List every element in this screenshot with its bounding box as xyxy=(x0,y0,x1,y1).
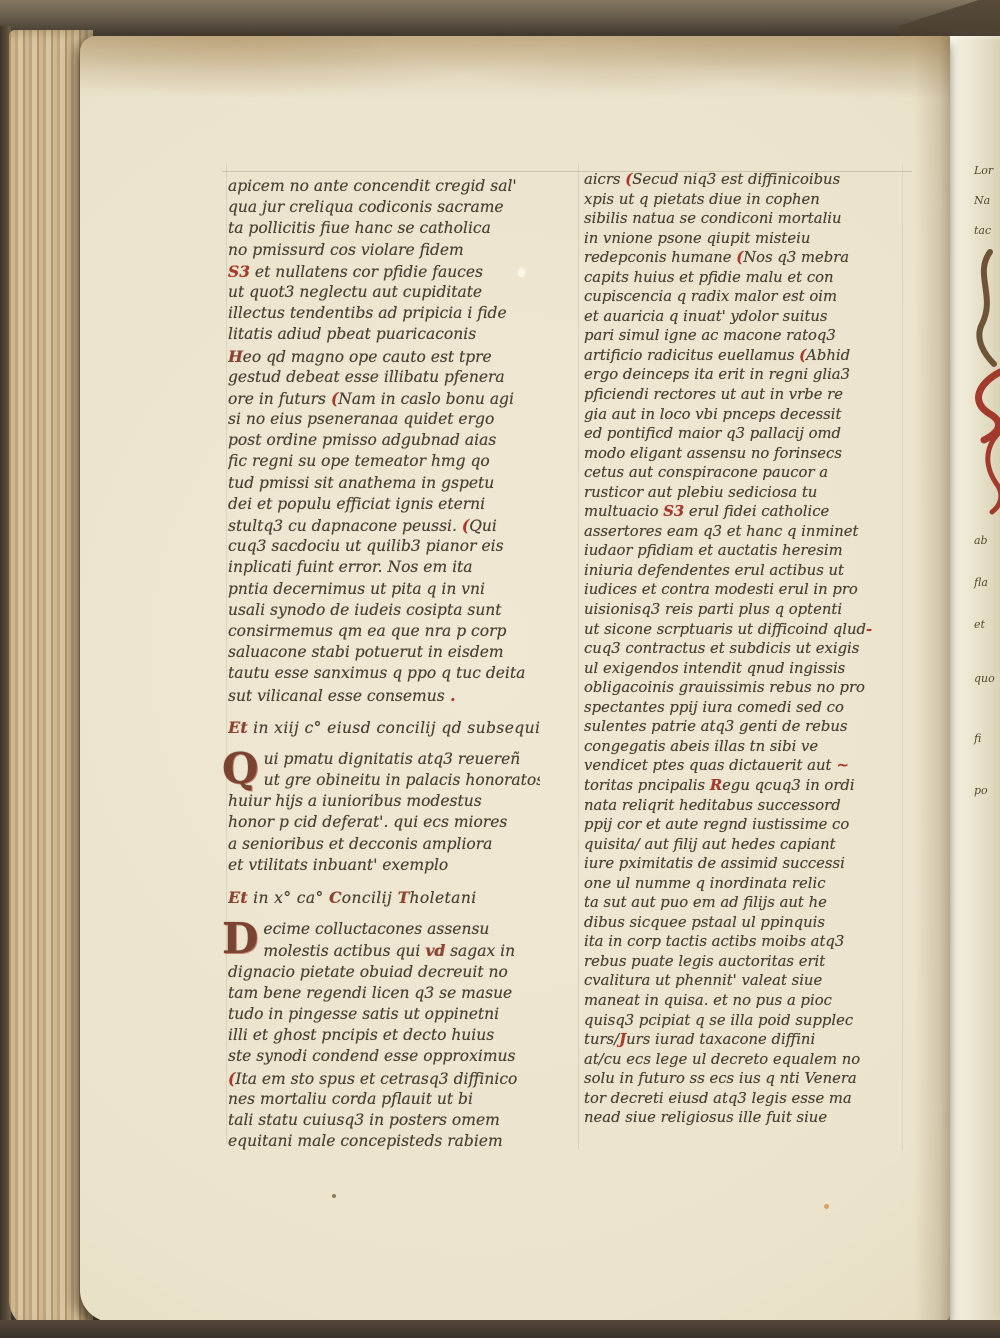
manuscript-line: saluacone stabi potuerut in eisdem xyxy=(228,642,540,663)
text-segment: equitani male concepisteds rabiem xyxy=(228,1132,503,1150)
manuscript-line: cvalitura ut phennit' valeat siue xyxy=(584,971,902,991)
text-segment: in x° ca° xyxy=(248,889,329,907)
manuscript-line: pari simul igne ac macone ratoq3 xyxy=(584,326,902,346)
manuscript-line: gia aut in loco vbi pnceps decessit xyxy=(584,405,902,425)
text-segment: illectus tendentibs ad pripicia i fide xyxy=(228,304,507,322)
text-segment: congegatis abeis illas tn sibi ve xyxy=(584,738,818,755)
manuscript-line: apicem no ante concendit cregid sal' xyxy=(228,176,540,197)
manuscript-line: uisionisq3 reis parti plus q optenti xyxy=(584,600,902,620)
text-segment: stultq3 cu dapnacone peussi. xyxy=(228,517,462,535)
manuscript-line: capits huius et pfidie malu et con xyxy=(584,268,902,288)
text-segment: pari simul igne ac macone ratoq3 xyxy=(584,327,836,344)
text-segment: nes mortaliu corda pflauit ut bi xyxy=(228,1090,473,1108)
manuscript-line: huiur hijs a iunioribus modestus xyxy=(228,791,540,812)
manuscript-line: tautu esse sanximus q ppo q tuc deita xyxy=(228,663,540,684)
text-segment: litatis adiud pbeat puaricaconis xyxy=(228,325,476,343)
red-touched-letter: C xyxy=(329,888,342,907)
rubric-mark: - xyxy=(866,621,872,638)
text-segment: pficiendi rectores ut aut in vrbe re xyxy=(584,386,843,403)
text-segment: cuq3 contractus et subdicis ut exigis xyxy=(584,640,859,657)
manuscript-line: aicrs (Secud niq3 est diffinicoibus xyxy=(584,170,902,190)
text-segment: Nos q3 mebra xyxy=(743,249,849,266)
manuscript-line: qua jur creliqua codiconis sacrame xyxy=(228,197,540,218)
manuscript-line: in vnione psone qiupit misteiu xyxy=(584,229,902,249)
text-segment: ore in futurs xyxy=(228,390,331,408)
manuscript-line: congegatis abeis illas tn sibi ve xyxy=(584,737,902,757)
text-segment: spectantes ppij iura comedi sed co xyxy=(584,699,844,716)
text-segment: cetus aut conspiracone paucor a xyxy=(584,464,828,481)
manuscript-line: ut sicone scrptuaris ut difficoind qlud- xyxy=(584,620,902,640)
text-segment: maneat in quisa. et no pus a pioc xyxy=(584,992,832,1009)
manuscript-line: spectantes ppij iura comedi sed co xyxy=(584,698,902,718)
text-segment: solu in futuro ss ecs ius q nti Venera xyxy=(584,1070,857,1087)
text-segment: vendicet ptes quas dictauerit aut xyxy=(584,757,831,774)
text-segment: urs iurad taxacone diffini xyxy=(626,1031,815,1048)
manuscript-line: vendicet ptes quas dictauerit aut ~ xyxy=(584,756,902,776)
red-touched-letter: T xyxy=(398,888,410,907)
decorated-initial-flourish xyxy=(960,244,1000,544)
manuscript-line: stultq3 cu dapnacone peussi. (Qui xyxy=(228,515,540,536)
manuscript-line: sibilis natua se condiconi mortaliu xyxy=(584,209,902,229)
text-segment: Secud niq3 est diffinicoibus xyxy=(632,171,840,188)
text-block: apicem no ante concendit cregid sal'qua … xyxy=(228,176,540,706)
text-segment: huiur hijs a iunioribus modestus xyxy=(228,792,482,810)
text-segment: capits huius et pfidie malu et con xyxy=(584,269,834,286)
manuscript-line: ut gre obineitu in palacis honoratos xyxy=(264,770,540,791)
text-segment: sut vilicanal esse consemus xyxy=(228,687,445,705)
manuscript-line: inplicati fuint error. Nos em ita xyxy=(228,557,540,578)
manuscript-line: nead siue religiosus ille fuit siue xyxy=(584,1108,902,1128)
text-segment: ta pollicitis fiue hanc se catholica xyxy=(228,219,491,237)
ink-speck xyxy=(332,1194,336,1198)
text-segment: sibilis natua se condiconi mortaliu xyxy=(584,210,842,227)
text-segment: iniuria defendentes erul actibus ut xyxy=(584,562,844,579)
text-segment: Ita em sto spus et cetrasq3 diffinico xyxy=(235,1070,517,1088)
manuscript-line: ergo deinceps ita erit in regni glia3 xyxy=(584,365,902,385)
manuscript-line: xpis ut q pietats diue in cophen xyxy=(584,190,902,210)
manuscript-line: iudaor pfidiam et auctatis heresim xyxy=(584,541,902,561)
manuscript-line: quisq3 pcipiat q se illa poid supplec xyxy=(584,1011,902,1031)
manuscript-line: tali statu cuiusq3 in posters omem xyxy=(228,1110,540,1131)
facing-page-fore-edge: LorNatacabflaetquofipo xyxy=(948,36,1000,1324)
text-segment: holetani xyxy=(410,889,477,907)
text-segment: molestis actibus qui xyxy=(263,942,425,960)
manuscript-line: tud pmissi sit anathema in gspetu xyxy=(228,473,540,494)
text-segment: tautu esse sanximus q ppo q tuc deita xyxy=(228,664,525,682)
text-segment: nead siue religiosus ille fuit siue xyxy=(584,1109,827,1126)
text-segment: Nam in caslo bonu agi xyxy=(338,390,514,408)
text-segment: erul fidei catholice xyxy=(684,503,829,520)
text-segment: artificio radicitus euellamus xyxy=(584,347,799,364)
manuscript-line: nata reliqrit heditabus successord xyxy=(584,796,902,816)
text-segment: honor p cid deferat'. qui ecs miores xyxy=(228,813,507,831)
text-segment: ppij cor et aute regnd iustissime co xyxy=(584,816,849,833)
manuscript-line: tudo in pingesse satis ut oppinetni xyxy=(228,1004,540,1025)
manuscript-line: illi et ghost pncipis et decto huius xyxy=(228,1025,540,1046)
red-touched-letter: Et xyxy=(228,718,248,737)
text-segment: ta sut aut puo em ad filijs aut he xyxy=(584,894,827,911)
text-segment: ui pmatu dignitatis atq3 reuereñ xyxy=(264,750,521,768)
manuscript-line: dibus sicquee pstaal ul ppinquis xyxy=(584,913,902,933)
book-photograph: LorNatacabflaetquofipo apicem no ante co… xyxy=(0,0,1000,1338)
manuscript-line: et vtilitats inbuant' exemplo xyxy=(228,855,540,876)
manuscript-line: post ordine pmisso adgubnad aias xyxy=(228,430,540,451)
text-column-left: apicem no ante concendit cregid sal'qua … xyxy=(228,176,540,1152)
text-segment: a senioribus et decconis ampliora xyxy=(228,835,492,853)
manuscript-line: ed pontificd maior q3 pallacij omd xyxy=(584,424,902,444)
manuscript-line: gestud debeat esse illibatu pfenera xyxy=(228,367,540,388)
manuscript-line: tam bene regendi licen q3 se masue xyxy=(228,983,540,1004)
manuscript-line: tor decreti eiusd atq3 legis esse ma xyxy=(584,1089,902,1109)
facing-page-fragment: tac xyxy=(974,224,991,237)
manuscript-line: ppij cor et aute regnd iustissime co xyxy=(584,815,902,835)
text-segment: tor decreti eiusd atq3 legis esse ma xyxy=(584,1090,852,1107)
rubricated-initial: D xyxy=(222,919,263,959)
manuscript-line: solu in futuro ss ecs ius q nti Venera xyxy=(584,1069,902,1089)
manuscript-line: illectus tendentibs ad pripicia i fide xyxy=(228,303,540,324)
text-segment: tali statu cuiusq3 in posters omem xyxy=(228,1111,500,1129)
manuscript-line: dignacio pietate obuiad decreuit no xyxy=(228,962,540,983)
manuscript-line: S3 et nullatens cor pfidie fauces xyxy=(228,261,540,282)
manuscript-line: cuq3 contractus et subdicis ut exigis xyxy=(584,639,902,659)
manuscript-line: turs/Jurs iurad taxacone diffini xyxy=(584,1030,902,1050)
text-segment: cupiscencia q radix malor est oim xyxy=(584,288,837,305)
manuscript-line: pficiendi rectores ut aut in vrbe re xyxy=(584,385,902,405)
rubric-incipit-line: Et in xiij c° eiusd concilij qd subsequi… xyxy=(228,717,540,738)
facing-page-fragment: po xyxy=(974,784,988,797)
red-touched-letter: Et xyxy=(228,888,248,907)
text-block: Decime colluctacones assensumolestis act… xyxy=(228,919,540,1152)
frame-ruling-center xyxy=(578,164,579,1149)
facing-page-fragment: fla xyxy=(974,576,988,589)
text-segment: gestud debeat esse illibatu pfenera xyxy=(228,368,505,386)
text-segment: toritas pncipalis xyxy=(584,777,710,794)
text-segment: et auaricia q inuat' ydolor suitus xyxy=(584,308,828,325)
text-segment: rebus puate legis auctoritas erit xyxy=(584,953,825,970)
text-segment: turs/ xyxy=(584,1031,619,1048)
text-segment: no pmissurd cos violare fidem xyxy=(228,241,464,259)
manuscript-line: rebus puate legis auctoritas erit xyxy=(584,952,902,972)
manuscript-line: molestis actibus qui vd sagax in xyxy=(263,940,540,961)
text-segment: et nullatens cor pfidie fauces xyxy=(250,263,483,281)
text-segment: apicem no ante concendit cregid sal' xyxy=(228,177,517,195)
manuscript-line: rusticor aut plebiu sediciosa tu xyxy=(584,483,902,503)
rubric-mark: R xyxy=(710,777,722,794)
text-segment: rusticor aut plebiu sediciosa tu xyxy=(584,484,817,501)
manuscript-line: si no eius pseneranaa quidet ergo xyxy=(228,409,540,430)
manuscript-line: iure pximitatis de assimid successi xyxy=(584,854,902,874)
facing-page-fragment: quo xyxy=(974,672,995,685)
facing-page-fragment: fi xyxy=(974,732,981,745)
manuscript-line: litatis adiud pbeat puaricaconis xyxy=(228,324,540,345)
text-segment: et vtilitats inbuant' exemplo xyxy=(228,856,448,874)
text-segment: tam bene regendi licen q3 se masue xyxy=(228,984,512,1002)
frame-ruling-left xyxy=(226,164,227,1144)
text-segment: ecime colluctacones assensu xyxy=(263,920,489,938)
manuscript-line: et auaricia q inuat' ydolor suitus xyxy=(584,307,902,327)
manuscript-line: multuacio S3 erul fidei catholice xyxy=(584,502,902,522)
text-column-right: aicrs (Secud niq3 est diffinicoibusxpis … xyxy=(584,170,902,1128)
book-binding-bottom xyxy=(0,1320,1000,1338)
manuscript-line: no pmissurd cos violare fidem xyxy=(228,240,540,261)
manuscript-line: sulentes patrie atq3 genti de rebus xyxy=(584,717,902,737)
manuscript-line: one ul numme q inordinata relic xyxy=(584,874,902,894)
manuscript-line: ore in futurs (Nam in caslo bonu agi xyxy=(228,388,540,409)
water-stain xyxy=(80,36,950,114)
manuscript-line: honor p cid deferat'. qui ecs miores xyxy=(228,812,540,833)
manuscript-line: ul exigendos intendit qnud ingissis xyxy=(584,659,902,679)
text-segment: dignacio pietate obuiad decreuit no xyxy=(228,963,508,981)
text-segment: dibus sicquee pstaal ul ppinquis xyxy=(584,914,825,931)
text-segment: consirmemus qm ea que nra p corp xyxy=(228,622,506,640)
text-segment: ste synodi condend esse opproximus xyxy=(228,1047,515,1065)
manuscript-line: ta sut aut puo em ad filijs aut he xyxy=(584,893,902,913)
text-segment: cuq3 sacdociu ut quilib3 pianor eis xyxy=(228,537,504,555)
section-heading: Et in x° ca° Concilij Tholetani xyxy=(228,887,540,908)
manuscript-line: sut vilicanal esse consemus . xyxy=(228,685,540,706)
text-segment: pntia decernimus ut pita q in vni xyxy=(228,580,485,598)
manuscript-line: dei et populu efficiat ignis eterni xyxy=(228,494,540,515)
manuscript-line: equitani male concepisteds rabiem xyxy=(228,1131,540,1152)
manuscript-line: iniuria defendentes erul actibus ut xyxy=(584,561,902,581)
text-segment: modo eligant assensu no forinsecs xyxy=(584,445,842,462)
text-segment: fic regni su ope temeator hmg qo xyxy=(228,452,490,470)
text-segment: post ordine pmisso adgubnad aias xyxy=(228,431,496,449)
text-segment: illi et ghost pncipis et decto huius xyxy=(228,1026,494,1044)
manuscript-line: obligacoinis grauissimis rebus no pro xyxy=(584,678,902,698)
manuscript-line: maneat in quisa. et no pus a pioc xyxy=(584,991,902,1011)
text-segment: oncilij xyxy=(342,889,398,907)
manuscript-line: cetus aut conspiracone paucor a xyxy=(584,463,902,483)
stain-speck xyxy=(824,1204,829,1209)
text-segment: quisq3 pcipiat q se illa poid supplec xyxy=(584,1012,853,1029)
text-segment: sulentes patrie atq3 genti de rebus xyxy=(584,718,848,735)
manuscript-line: at/cu ecs lege ul decreto equalem no xyxy=(584,1050,902,1070)
text-segment: iudices et contra modesti erul in pro xyxy=(584,581,858,598)
text-segment: at/cu ecs lege ul decreto equalem no xyxy=(584,1051,860,1068)
text-segment: qua jur creliqua codiconis sacrame xyxy=(228,198,504,216)
manuscript-line: artificio radicitus euellamus (Abhid xyxy=(584,346,902,366)
frame-ruling-right xyxy=(902,164,903,1149)
text-segment: ut gre obineitu in palacis honoratos xyxy=(264,771,540,789)
text-segment: assertores eam q3 et hanc q inminet xyxy=(584,523,858,540)
text-segment: in xiij c° eiusd concilij qd subsequit xyxy=(248,719,540,737)
text-segment: ut quot3 neglectu aut cupiditate xyxy=(228,283,482,301)
text-segment: tud pmissi sit anathema in gspetu xyxy=(228,474,494,492)
manuscript-line: quisita/ aut filij aut hedes capiant xyxy=(584,835,902,855)
manuscript-line: iudices et contra modesti erul in pro xyxy=(584,580,902,600)
page-curl-shading xyxy=(914,36,950,1322)
text-segment: aicrs xyxy=(584,171,625,188)
facing-page-fragment: Na xyxy=(974,194,990,207)
manuscript-line: ta pollicitis fiue hanc se catholica xyxy=(228,218,540,239)
manuscript-line: redepconis humane (Nos q3 mebra xyxy=(584,248,902,268)
text-segment: ita in corp tactis actibs moibs atq3 xyxy=(584,933,844,950)
manuscript-line: ui pmatu dignitatis atq3 reuereñ xyxy=(264,749,540,770)
manuscript-line: ut quot3 neglectu aut cupiditate xyxy=(228,282,540,303)
manuscript-line: ecime colluctacones assensu xyxy=(263,919,540,940)
manuscript-line: toritas pncipalis Regu qcuq3 in ordi xyxy=(584,776,902,796)
text-segment: ul exigendos intendit qnud ingissis xyxy=(584,660,845,677)
red-touched-letter: vd xyxy=(425,941,445,960)
rubric-mark: S3 xyxy=(228,262,250,281)
manuscript-line: pntia decernimus ut pita q in vni xyxy=(228,579,540,600)
text-segment: inplicati fuint error. Nos em ita xyxy=(228,558,473,576)
manuscript-line: consirmemus qm ea que nra p corp xyxy=(228,621,540,642)
manuscript-line: assertores eam q3 et hanc q inminet xyxy=(584,522,902,542)
text-segment: usali synodo de iudeis cosipta sunt xyxy=(228,601,502,619)
manuscript-line: ste synodi condend esse opproximus xyxy=(228,1046,540,1067)
book-binding-top xyxy=(0,0,1000,40)
manuscript-line: cupiscencia q radix malor est oim xyxy=(584,287,902,307)
facing-page-fragment: ab xyxy=(974,534,988,547)
manuscript-line: usali synodo de iudeis cosipta sunt xyxy=(228,600,540,621)
manuscript-line: Et in xiij c° eiusd concilij qd subsequi… xyxy=(228,717,540,738)
facing-page-fragment: Lor xyxy=(974,164,993,177)
text-block: aicrs (Secud niq3 est diffinicoibusxpis … xyxy=(584,170,902,1128)
text-segment: eo qd magno ope cauto est tpre xyxy=(243,348,492,366)
text-segment: in vnione psone qiupit misteiu xyxy=(584,230,810,247)
rubric-mark: S3 xyxy=(663,503,684,520)
rubricated-initial: Q xyxy=(222,749,264,789)
manuscript-line: (Ita em sto spus et cetrasq3 diffinico xyxy=(228,1068,540,1089)
text-segment: one ul numme q inordinata relic xyxy=(584,875,825,892)
manuscript-line: cuq3 sacdociu ut quilib3 pianor eis xyxy=(228,536,540,557)
manuscript-page: apicem no ante concendit cregid sal'qua … xyxy=(80,36,950,1322)
text-segment: nata reliqrit heditabus successord xyxy=(584,797,841,814)
text-segment: obligacoinis grauissimis rebus no pro xyxy=(584,679,865,696)
text-segment: cvalitura ut phennit' valeat siue xyxy=(584,972,822,989)
text-segment: xpis ut q pietats diue in cophen xyxy=(584,191,820,208)
text-segment: si no eius pseneranaa quidet ergo xyxy=(228,410,494,428)
facing-page-fragment: et xyxy=(974,618,985,631)
text-segment: uisionisq3 reis parti plus q optenti xyxy=(584,601,842,618)
text-segment: Qui xyxy=(469,517,497,535)
text-segment: Abhid xyxy=(806,347,850,364)
text-segment: ut sicone scrptuaris ut difficoind qlud xyxy=(584,621,866,638)
text-segment: iure pximitatis de assimid successi xyxy=(584,855,845,872)
manuscript-line: ita in corp tactis actibs moibs atq3 xyxy=(584,932,902,952)
text-segment: tudo in pingesse satis ut oppinetni xyxy=(228,1005,499,1023)
text-segment: gia aut in loco vbi pnceps decessit xyxy=(584,406,841,423)
text-segment: quisita/ aut filij aut hedes capiant xyxy=(584,836,836,853)
rubric-mark: ~ xyxy=(831,757,849,774)
text-segment: saluacone stabi potuerut in eisdem xyxy=(228,643,504,661)
text-segment: iudaor pfidiam et auctatis heresim xyxy=(584,542,843,559)
text-segment: redepconis humane xyxy=(584,249,736,266)
manuscript-line: nes mortaliu corda pflauit ut bi xyxy=(228,1089,540,1110)
text-segment: sagax in xyxy=(445,942,515,960)
text-segment: egu qcuq3 in ordi xyxy=(722,777,855,794)
red-touched-letter: H xyxy=(228,347,243,366)
text-segment: ergo deinceps ita erit in regni glia3 xyxy=(584,366,850,383)
manuscript-line: Heo qd magno ope cauto est tpre xyxy=(228,346,540,367)
manuscript-line: modo eligant assensu no forinsecs xyxy=(584,444,902,464)
manuscript-line: fic regni su ope temeator hmg qo xyxy=(228,451,540,472)
text-block: Qui pmatu dignitatis atq3 reuereñut gre … xyxy=(228,749,540,876)
manuscript-line: Et in x° ca° Concilij Tholetani xyxy=(228,887,540,908)
text-segment: dei et populu efficiat ignis eterni xyxy=(228,495,485,513)
text-segment: ed pontificd maior q3 pallacij omd xyxy=(584,425,841,442)
rubric-mark: . xyxy=(445,686,456,705)
text-segment: multuacio xyxy=(584,503,663,520)
manuscript-line: a senioribus et decconis ampliora xyxy=(228,834,540,855)
